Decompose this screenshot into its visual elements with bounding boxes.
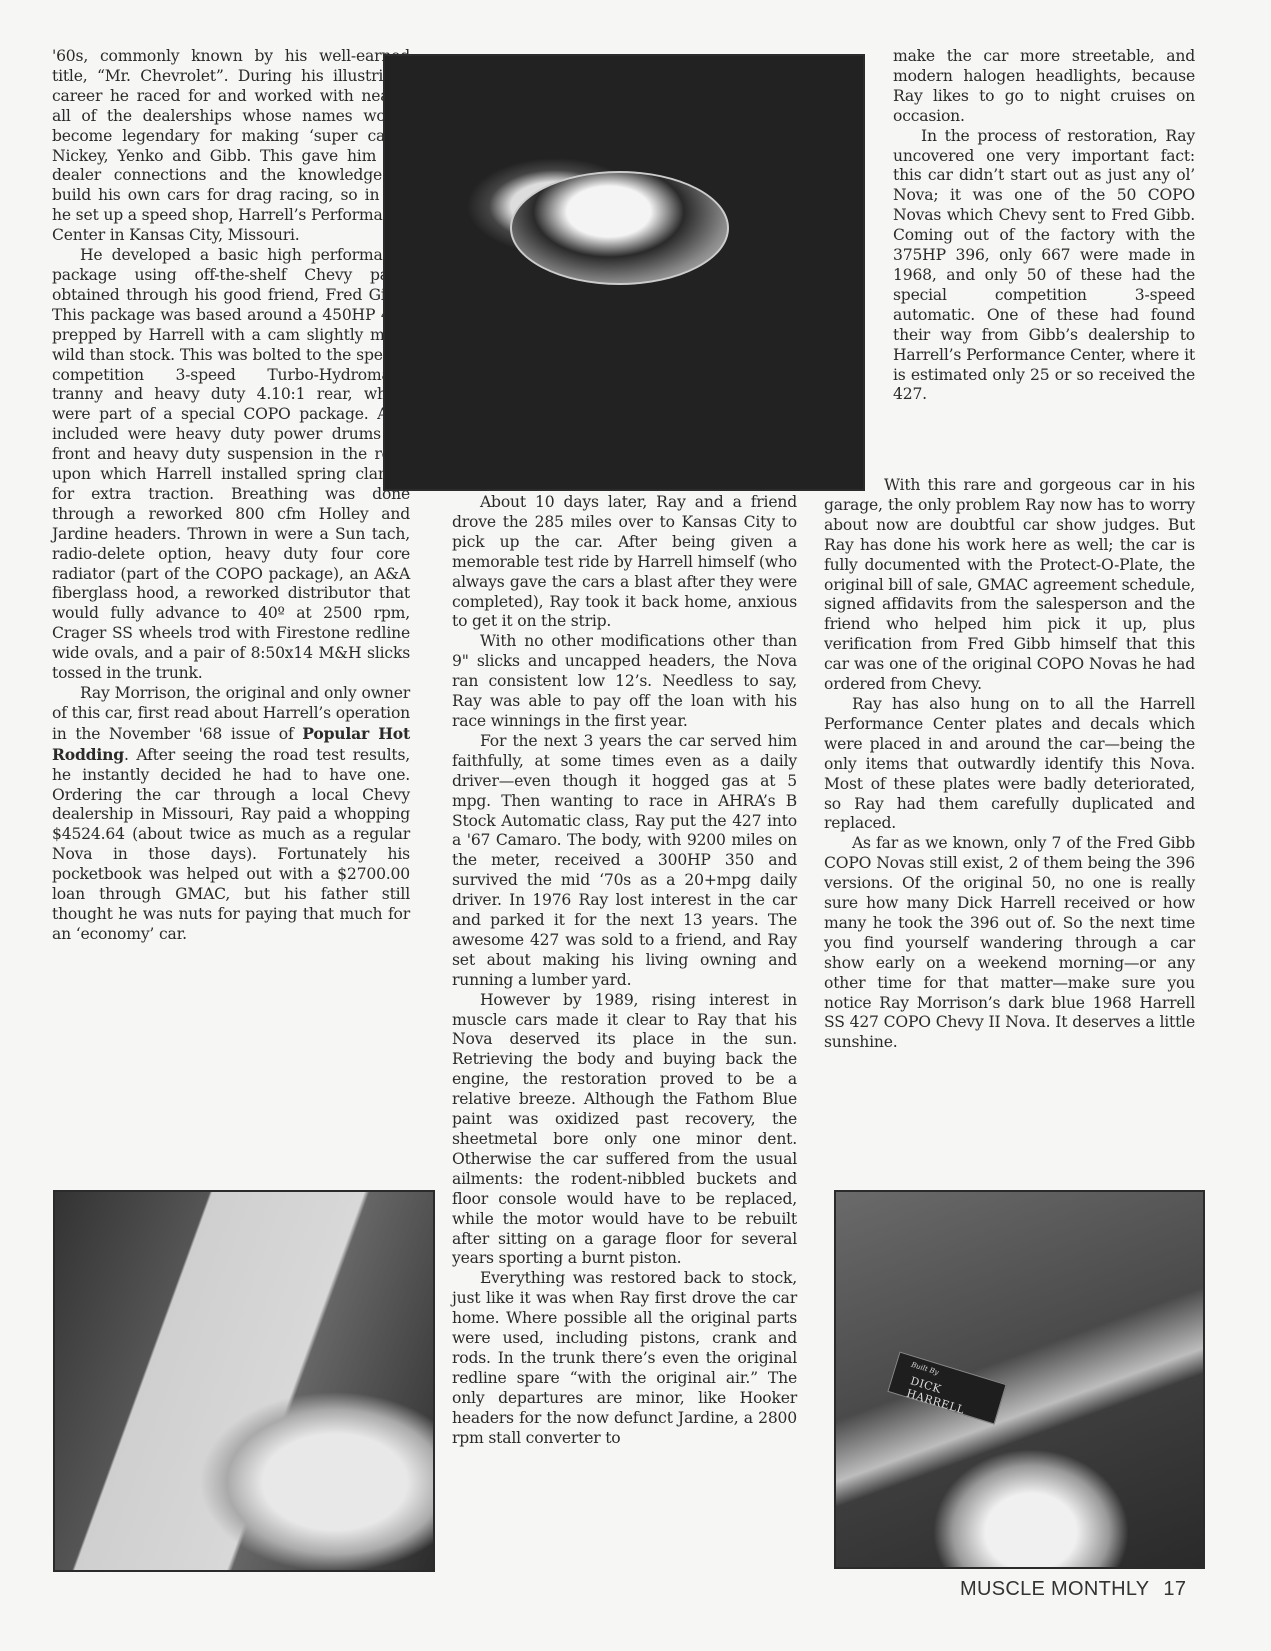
paragraph: As far as we known, only 7 of the Fred G…: [824, 834, 1195, 1053]
fender-badge-photo: Built By DICK HARRELL: [834, 1190, 1205, 1569]
article-column-2: About 10 days later, Ray and a friend dr…: [452, 493, 797, 1449]
paragraph: In the process of restoration, Ray uncov…: [893, 127, 1195, 406]
air-cleaner-detail: [510, 171, 729, 285]
paragraph: For the next 3 years the car served him …: [452, 732, 797, 991]
paragraph: However by 1989, rising interest in musc…: [452, 991, 797, 1270]
paragraph: Everything was restored back to stock, j…: [452, 1269, 797, 1448]
article-column-1: '60s, commonly known by his well-earned …: [52, 47, 410, 945]
page-number: 17: [1163, 1578, 1186, 1600]
paragraph: make the car more streetable, and modern…: [893, 47, 1195, 127]
interior-photo: [53, 1190, 435, 1572]
page-footer: MUSCLE MONTHLY17: [960, 1578, 1186, 1601]
magazine-name: MUSCLE MONTHLY: [960, 1578, 1149, 1600]
paragraph: '60s, commonly known by his well-earned …: [52, 47, 410, 246]
paragraph: With no other modifications other than 9…: [452, 632, 797, 732]
article-column-3-bottom: With this rare and gorgeous car in his g…: [824, 476, 1195, 1053]
paragraph: Ray has also hung on to all the Harrell …: [824, 695, 1195, 834]
paragraph: Ray Morrison, the original and only owne…: [52, 684, 410, 945]
magazine-page: '60s, commonly known by his well-earned …: [0, 0, 1271, 1651]
paragraph: He developed a basic high performance pa…: [52, 246, 410, 684]
engine-photo: [383, 54, 865, 491]
dick-harrell-badge: Built By DICK HARRELL: [887, 1352, 1006, 1425]
article-column-3-top: make the car more streetable, and modern…: [893, 47, 1195, 405]
paragraph: With this rare and gorgeous car in his g…: [824, 476, 1195, 695]
paragraph: About 10 days later, Ray and a friend dr…: [452, 493, 797, 632]
